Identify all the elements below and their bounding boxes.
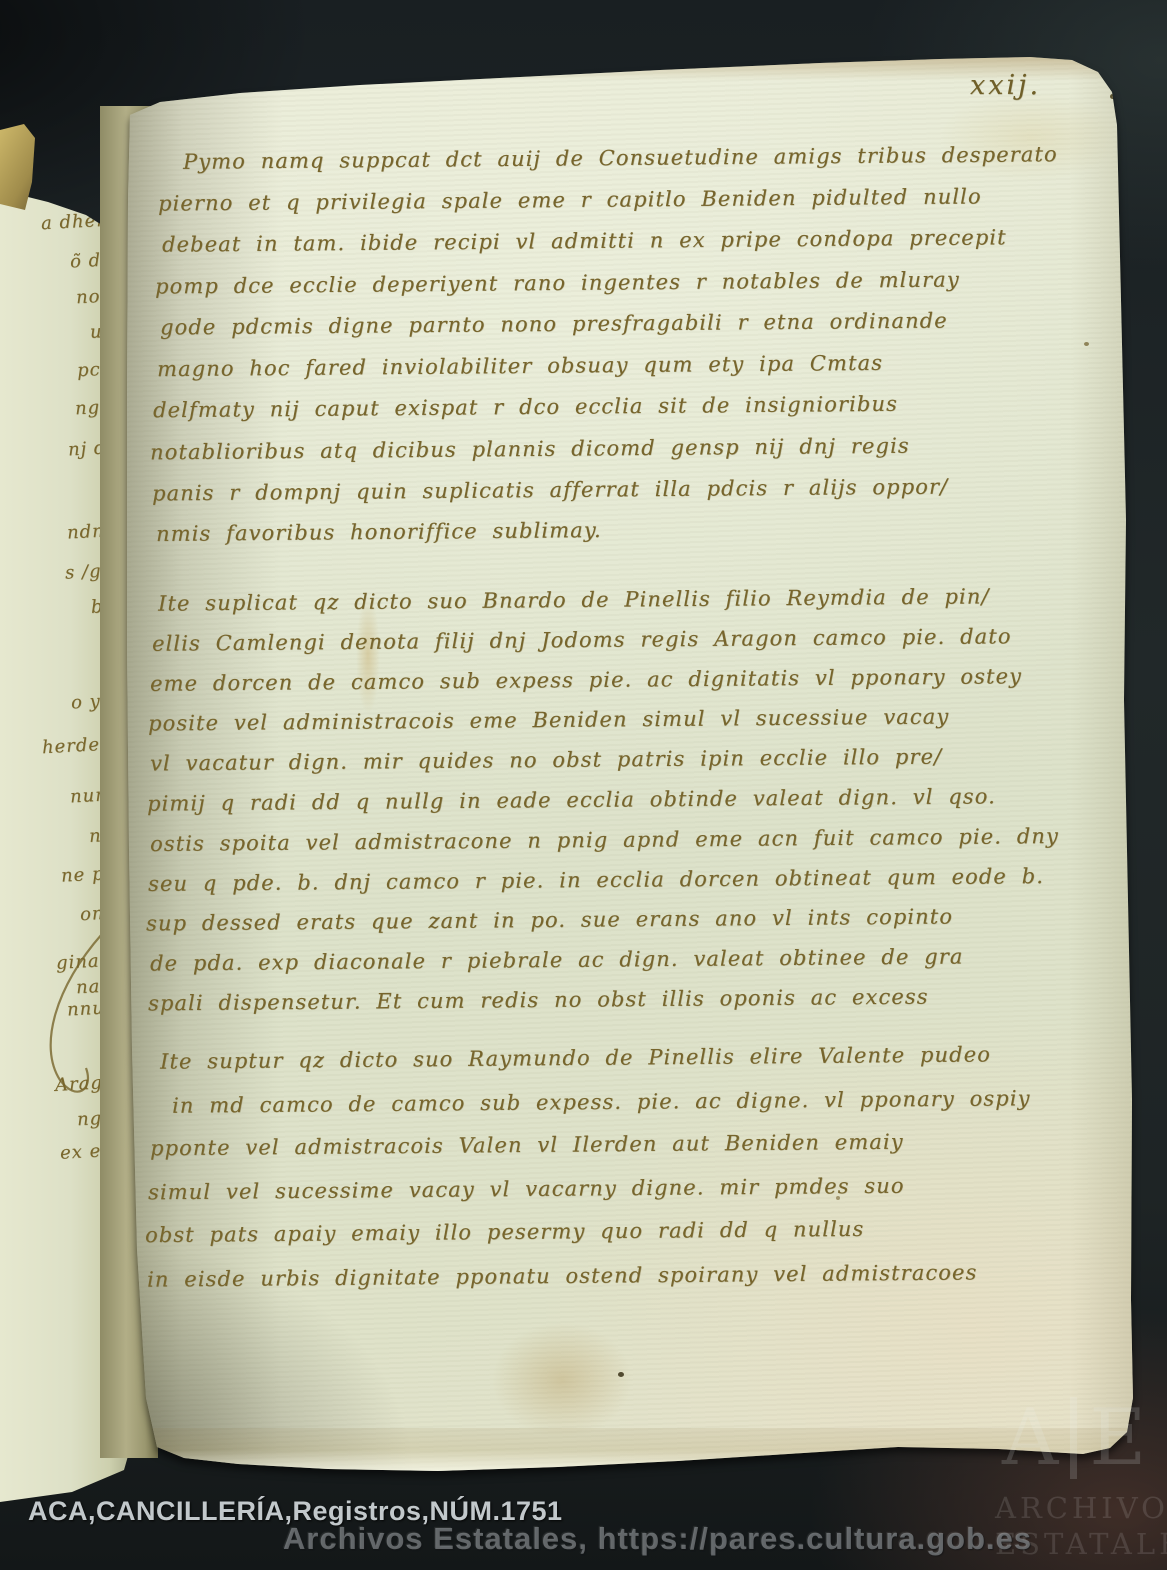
archivos-estatales-logo: A E [1002, 1396, 1146, 1480]
ink-speck [1084, 342, 1089, 346]
manuscript-line: nmis favoribus honoriffice sublimay. [156, 518, 602, 546]
ink-speck [618, 1372, 624, 1377]
ink-speck [1110, 94, 1115, 99]
right-edge-shade [1040, 70, 1140, 1450]
ink-stain [492, 1322, 632, 1438]
archive-photo: tenaea dhemeõ delıno piulwpco /nga /nj d… [0, 0, 1167, 1570]
catalog-reference: ACA,CANCILLERÍA,Registros,NÚM.1751 [28, 1496, 563, 1527]
logo-letter-e: E [1089, 1396, 1146, 1480]
logo-letter-a: A [1002, 1396, 1058, 1480]
bottom-cut-edge [145, 1428, 1135, 1472]
corner-discoloration [940, 92, 1120, 182]
manuscript-page: xxij. Pymo namq suppcat dct auij de Cons… [0, 0, 1167, 1570]
manuscript-page-wrap: xxij. Pymo namq suppcat dct auij de Cons… [0, 0, 1167, 1570]
logo-divider-bar [1070, 1397, 1077, 1479]
folio-number: xxij. [970, 70, 1041, 101]
